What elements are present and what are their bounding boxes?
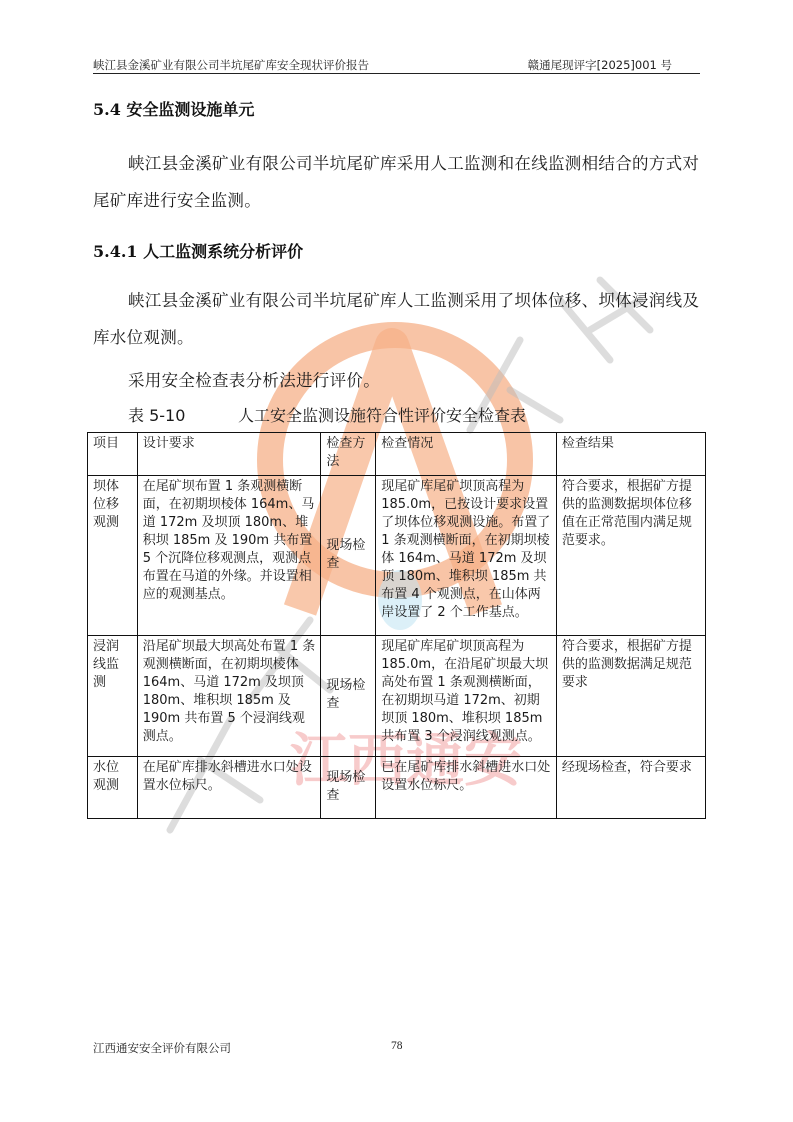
cell-result: 经现场检查，符合要求 bbox=[556, 757, 705, 819]
cell-method: 现场检查 bbox=[321, 476, 376, 636]
cell-situation: 已在尾矿库排水斜槽进水口处设置水位标尺。 bbox=[376, 757, 557, 819]
cell-requirement: 在尾矿库排水斜槽进水口处设置水位标尺。 bbox=[137, 757, 321, 819]
table-caption: 表 5-10人工安全监测设施符合性评价安全检查表 bbox=[128, 403, 526, 426]
subsection-paragraph-1: 峡江县金溪矿业有限公司半坑尾矿库人工监测采用了坝体位移、坝体浸润线及库水位观测。 bbox=[93, 282, 703, 356]
document-page: 峡江县金溪矿业有限公司半坑尾矿库安全现状评价报告 赣通尾现评字[2025]001… bbox=[0, 0, 793, 1122]
cell-result: 符合要求，根据矿方提供的监测数据满足规范要求 bbox=[556, 636, 705, 757]
table-title: 人工安全监测设施符合性评价安全检查表 bbox=[238, 406, 526, 425]
header-method: 检查方法 bbox=[321, 433, 376, 476]
safety-check-table: 项目 设计要求 检查方法 检查情况 检查结果 坝体位移观测 在尾矿坝布置 1 条… bbox=[87, 432, 706, 819]
report-title: 峡江县金溪矿业有限公司半坑尾矿库安全现状评价报告 bbox=[93, 57, 369, 73]
table-row: 浸润线监测 沿尾矿坝最大坝高处布置 1 条观测横断面，在初期坝棱体 164m、马… bbox=[88, 636, 706, 757]
cell-situation: 现尾矿库尾矿坝顶高程为185.0m，已按设计要求设置了坝体位移观测设施。布置了 … bbox=[376, 476, 557, 636]
footer-company: 江西通安安全评价有限公司 bbox=[93, 1040, 231, 1056]
cell-situation: 现尾矿库尾矿坝顶高程为185.0m，在沿尾矿坝最大坝高处布置 1 条观测横断面，… bbox=[376, 636, 557, 757]
cell-item: 水位观测 bbox=[88, 757, 138, 819]
cell-item: 浸润线监测 bbox=[88, 636, 138, 757]
cell-item: 坝体位移观测 bbox=[88, 476, 138, 636]
subsection-paragraph-2: 采用安全检查表分析法进行评价。 bbox=[93, 362, 703, 399]
header-divider bbox=[93, 73, 700, 74]
page-number: 78 bbox=[391, 1040, 403, 1052]
cell-method: 现场检查 bbox=[321, 636, 376, 757]
section-intro: 峡江县金溪矿业有限公司半坑尾矿库采用人工监测和在线监测相结合的方式对尾矿库进行安… bbox=[93, 145, 703, 219]
header-result: 检查结果 bbox=[556, 433, 705, 476]
section-heading: 5.4 安全监测设施单元 bbox=[93, 97, 254, 120]
table-row: 水位观测 在尾矿库排水斜槽进水口处设置水位标尺。 现场检查 已在尾矿库排水斜槽进… bbox=[88, 757, 706, 819]
cell-requirement: 在尾矿坝布置 1 条观测横断面，在初期坝棱体 164m、马道 172m 及坝顶 … bbox=[137, 476, 321, 636]
page-header: 峡江县金溪矿业有限公司半坑尾矿库安全现状评价报告 赣通尾现评字[2025]001… bbox=[93, 55, 700, 75]
header-item: 项目 bbox=[88, 433, 138, 476]
cell-result: 符合要求，根据矿方提供的监测数据坝体位移值在正常范围内满足规范要求。 bbox=[556, 476, 705, 636]
table-row: 坝体位移观测 在尾矿坝布置 1 条观测横断面，在初期坝棱体 164m、马道 17… bbox=[88, 476, 706, 636]
header-requirement: 设计要求 bbox=[137, 433, 321, 476]
subsection-heading: 5.4.1 人工监测系统分析评价 bbox=[93, 239, 303, 262]
table-header-row: 项目 设计要求 检查方法 检查情况 检查结果 bbox=[88, 433, 706, 476]
cell-method: 现场检查 bbox=[321, 757, 376, 819]
header-situation: 检查情况 bbox=[376, 433, 557, 476]
document-number: 赣通尾现评字[2025]001 号 bbox=[528, 57, 672, 73]
table-number: 表 5-10 bbox=[128, 403, 238, 426]
cell-requirement: 沿尾矿坝最大坝高处布置 1 条观测横断面，在初期坝棱体 164m、马道 172m… bbox=[137, 636, 321, 757]
